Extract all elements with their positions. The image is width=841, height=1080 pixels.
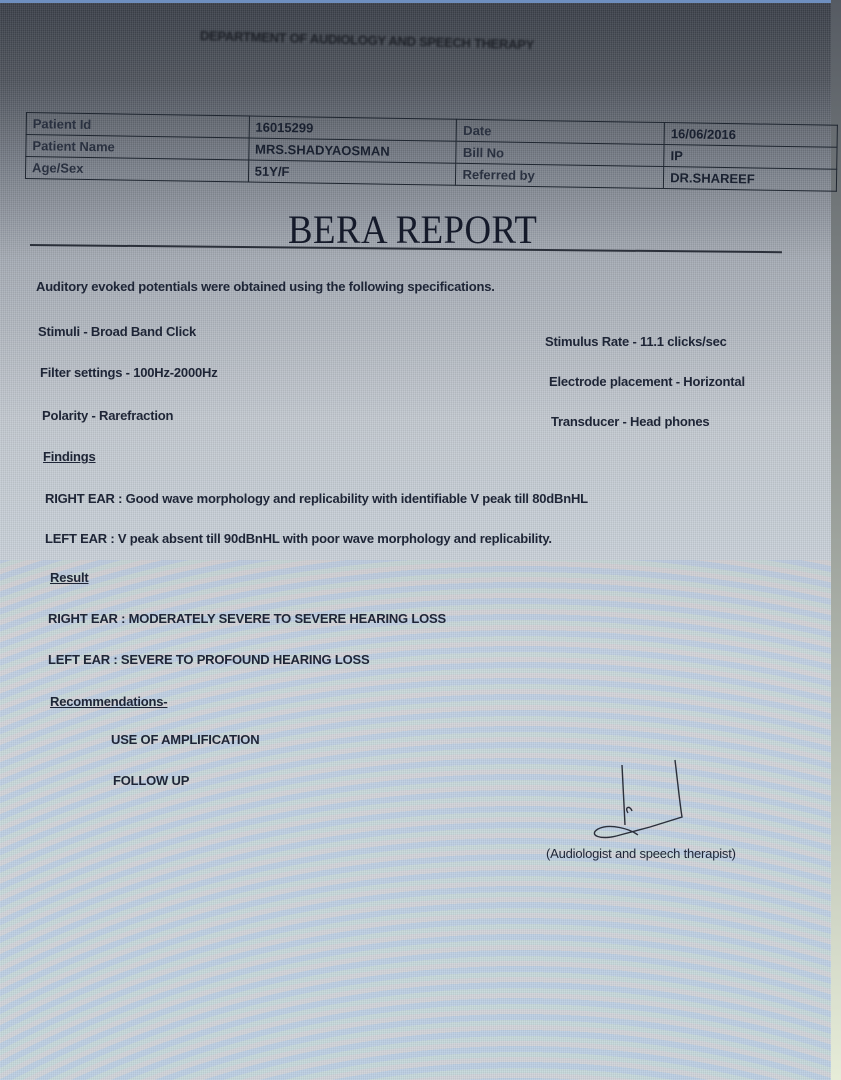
signature-caption: (Audiologist and speech therapist) bbox=[546, 846, 736, 861]
signature-mark bbox=[580, 755, 720, 845]
spec-polarity: Polarity - Rarefraction bbox=[42, 408, 173, 423]
spec-transducer: Transducer - Head phones bbox=[551, 414, 709, 429]
findings-left-ear: LEFT EAR : V peak absent till 90dBnHL wi… bbox=[45, 531, 552, 546]
spec-electrode-placement: Electrode placement - Horizontal bbox=[549, 374, 745, 389]
bill-no-label: Bill No bbox=[456, 141, 664, 166]
screen-top-edge bbox=[0, 0, 841, 3]
patient-id-value: 16015299 bbox=[249, 116, 457, 141]
intro-text: Auditory evoked potentials were obtained… bbox=[36, 279, 495, 294]
result-left-ear: LEFT EAR : SEVERE TO PROFOUND HEARING LO… bbox=[48, 652, 369, 667]
date-value: 16/06/2016 bbox=[664, 123, 837, 148]
patient-info-table: Patient Id 16015299 Date 16/06/2016 Pati… bbox=[25, 112, 841, 192]
referred-by-value: DR.SHAREEF bbox=[664, 167, 837, 192]
spec-stimuli: Stimuli - Broad Band Click bbox=[38, 324, 196, 339]
recommendation-item: FOLLOW UP bbox=[113, 773, 189, 788]
age-sex-value: 51Y/F bbox=[248, 160, 456, 185]
result-heading: Result bbox=[50, 570, 89, 585]
age-sex-label: Age/Sex bbox=[25, 157, 248, 182]
date-label: Date bbox=[457, 119, 665, 144]
bill-no-value: IP bbox=[664, 145, 837, 170]
spec-stimulus-rate: Stimulus Rate - 11.1 clicks/sec bbox=[545, 334, 727, 349]
recommendation-item: USE OF AMPLIFICATION bbox=[111, 732, 259, 747]
photographed-screen: DEPARTMENT OF AUDIOLOGY AND SPEECH THERA… bbox=[0, 0, 841, 1080]
referred-by-label: Referred by bbox=[456, 163, 664, 188]
findings-heading: Findings bbox=[43, 449, 96, 464]
findings-right-ear: RIGHT EAR : Good wave morphology and rep… bbox=[45, 491, 588, 506]
patient-name-value: MRS.SHADYAOSMAN bbox=[248, 138, 456, 163]
spec-filter-settings: Filter settings - 100Hz-2000Hz bbox=[40, 365, 218, 380]
department-header: DEPARTMENT OF AUDIOLOGY AND SPEECH THERA… bbox=[200, 28, 620, 55]
result-right-ear: RIGHT EAR : MODERATELY SEVERE TO SEVERE … bbox=[48, 611, 446, 626]
recommendations-heading: Recommendations- bbox=[50, 694, 167, 709]
